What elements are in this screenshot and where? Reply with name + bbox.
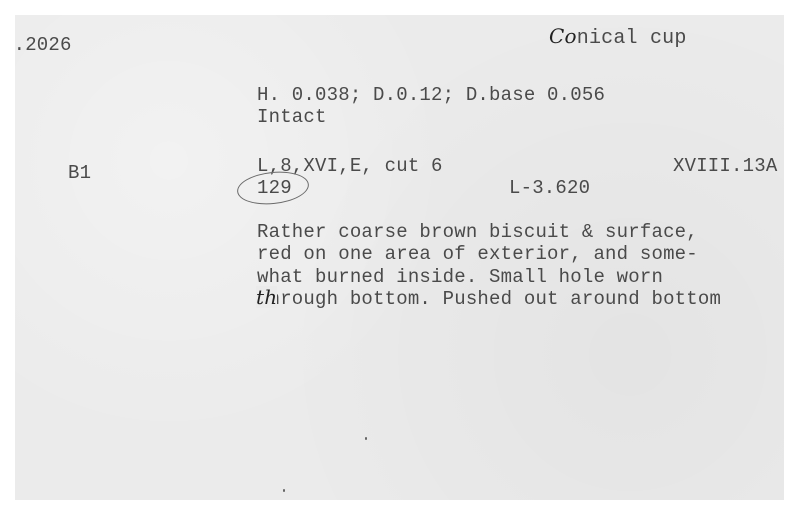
level: L-3.620 [509, 177, 590, 199]
dimensions: H. 0.038; D.0.12; D.base 0.056 [257, 84, 605, 106]
description-line-2: red on one area of exterior, and some- [257, 243, 698, 266]
description-line-4: through bottom. Pushed out around bottom [257, 288, 721, 311]
description-line-3: what burned inside. Small hole worn [257, 266, 663, 289]
paper-speck [283, 489, 285, 492]
handwritten-correction: th [256, 286, 277, 308]
condition: Intact [257, 106, 327, 128]
object-type-handwritten-prefix: Co [549, 24, 577, 48]
description-line-1: Rather coarse brown biscuit & surface, [257, 221, 698, 244]
object-type: Conical cup [549, 25, 687, 50]
paper-speck [365, 437, 367, 440]
catalog-card: K.2026 Conical cup H. 0.038; D.0.12; D.b… [15, 15, 784, 500]
grid-reference: B1 [68, 162, 91, 184]
accession-number: K.2026 [15, 34, 72, 56]
lot-number-circle [236, 168, 311, 207]
plate-reference: XVIII.13A [673, 155, 777, 177]
object-type-typed: nical cup [577, 27, 687, 50]
